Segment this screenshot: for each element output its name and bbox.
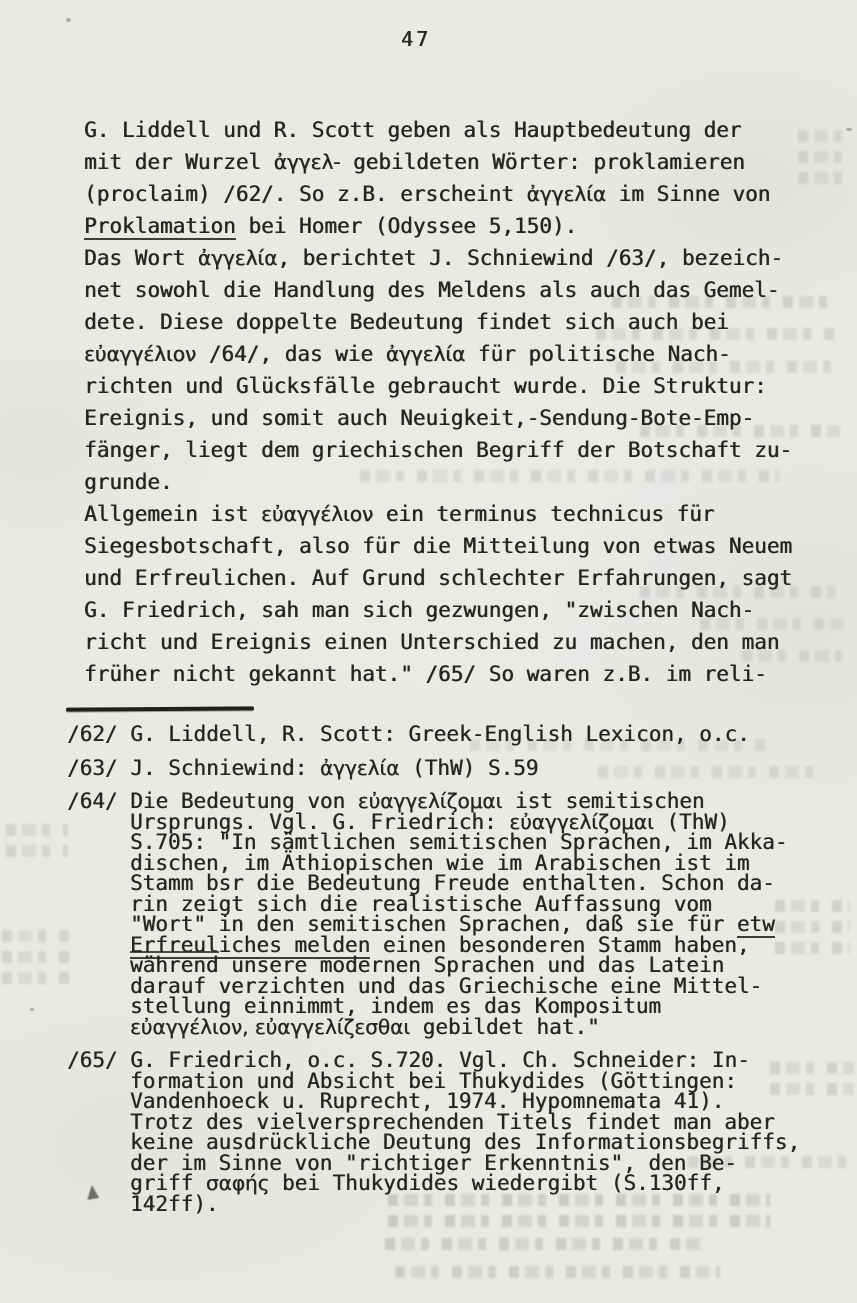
footnote-line: rin zeigt sich die realistische Auffassu…: [67, 894, 837, 915]
ink-speck: [30, 1008, 34, 1011]
footnote: /65/ G. Friedrich, o.c. S.720. Vgl. Ch. …: [67, 1050, 837, 1214]
footnote-marker: /62/: [67, 722, 130, 746]
text-line: und Erfreulichen. Auf Grund schlechter E…: [84, 562, 814, 594]
text-segment: dete. Diese doppelte Bedeutung findet si…: [84, 310, 729, 334]
greek-term: ἀγγελία: [386, 342, 465, 366]
footnote: /63/ J. Schniewind: ἀγγελία (ThW) S.59: [67, 758, 837, 779]
footnote-line: Vandenhoeck u. Ruprecht, 1974. Hypomnema…: [67, 1091, 837, 1112]
footnote-line: /62/ G. Liddell, R. Scott: Greek-English…: [67, 724, 837, 745]
text-segment: , berichtet J. Schniewind /63/, bezeich-: [277, 246, 783, 270]
ink-speck: [846, 128, 852, 131]
greek-term: ἀγγελία: [527, 182, 606, 206]
footnote-line: darauf verzichten und das Griechische ei…: [67, 976, 837, 997]
text-segment: richten und Glücksfälle gebraucht wurde.…: [84, 374, 767, 398]
text-segment: für politische Nach-: [465, 342, 731, 366]
page-sheet: 47 G. Liddell und R. Scott geben als Hau…: [0, 0, 857, 1303]
bleedthrough-mark: [6, 824, 68, 857]
footnote: /62/ G. Liddell, R. Scott: Greek-English…: [67, 724, 837, 745]
text-segment: gebildet hat.": [410, 1015, 600, 1039]
text-segment: G. Friedrich, sah man sich gezwungen, "z…: [84, 598, 754, 622]
greek-term: εὐαγγέλιον, εὐαγγελίζεσθαι: [130, 1015, 410, 1039]
footnote-separator: [66, 706, 254, 711]
bleedthrough-mark: [2, 930, 74, 984]
text-segment: net sowohl die Handlung des Meldens als …: [84, 278, 779, 302]
footnote-line: 142ff).: [67, 1194, 837, 1215]
footnote-line: dischen, im Äthiopischen wie im Arabisch…: [67, 853, 837, 874]
footnote-line: S.705: "In sämtlichen semitischen Sprach…: [67, 832, 837, 853]
ink-speck: [66, 18, 71, 22]
text-segment: und Erfreulichen. Auf Grund schlechter E…: [84, 566, 792, 590]
footnote-marker: /65/: [67, 1048, 130, 1072]
text-line: richten und Glücksfälle gebraucht wurde.…: [84, 370, 814, 402]
text-line: mit der Wurzel ἀγγελ- gebildeten Wörter:…: [84, 146, 814, 178]
text-segment: richt und Ereignis einen Unterschied zu …: [84, 630, 779, 654]
text-segment: Allgemein ist: [84, 502, 261, 526]
text-line: (proclaim) /62/. So z.B. erscheint ἀγγελ…: [84, 178, 814, 210]
text-segment: bei Thukydides wiedergibt (S.130ff,: [269, 1171, 724, 1195]
text-line: richt und Ereignis einen Unterschied zu …: [84, 626, 814, 658]
footnote-line: "Wort" in den semitischen Sprachen, daß …: [67, 914, 837, 935]
text-segment: (proclaim) /62/. So z.B. erscheint: [84, 182, 527, 206]
text-segment: G. Liddell, R. Scott: Greek-English Lexi…: [130, 722, 750, 746]
text-line: Allgemein ist εὐαγγέλιον ein terminus te…: [84, 498, 814, 530]
greek-term: εὐαγγέλιον: [261, 502, 373, 526]
text-line: εὐαγγέλιον /64/, das wie ἀγγελία für pol…: [84, 338, 814, 370]
text-segment: ein terminus technicus für: [373, 502, 714, 526]
footnotes: /62/ G. Liddell, R. Scott: Greek-English…: [67, 724, 837, 1227]
text-segment: gebildeten Wörter: proklamieren: [340, 150, 745, 174]
text-line: G. Liddell und R. Scott geben als Hauptb…: [84, 114, 814, 146]
footnote-marker: /63/: [67, 756, 130, 780]
footnote-marker: /64/: [67, 789, 130, 813]
text-line: Ereignis, und somit auch Neuigkeit,-Send…: [84, 402, 814, 434]
text-segment: mit der Wurzel: [84, 150, 274, 174]
footnote-line: Ursprungs. Vgl. G. Friedrich: εὐαγγελίζο…: [67, 812, 837, 833]
paragraph: Allgemein ist εὐαγγέλιον ein terminus te…: [84, 498, 814, 690]
text-line: Das Wort ἀγγελία, berichtet J. Schniewin…: [84, 242, 814, 274]
main-text: G. Liddell und R. Scott geben als Hauptb…: [84, 114, 814, 690]
footnote-line: /63/ J. Schniewind: ἀγγελία (ThW) S.59: [67, 758, 837, 779]
text-line: Proklamation bei Homer (Odyssee 5,150).: [84, 210, 814, 242]
footnote-line: /65/ G. Friedrich, o.c. S.720. Vgl. Ch. …: [67, 1050, 837, 1071]
text-segment: (ThW) S.59: [399, 756, 538, 780]
bleedthrough-mark: [385, 1238, 703, 1250]
text-line: früher nicht gekannt hat." /65/ So waren…: [84, 658, 814, 690]
text-segment: Siegesbotschaft, also für die Mitteilung…: [84, 534, 792, 558]
text-line: G. Friedrich, sah man sich gezwungen, "z…: [84, 594, 814, 626]
text-line: net sowohl die Handlung des Meldens als …: [84, 274, 814, 306]
greek-term: ἀγγελία: [198, 246, 277, 270]
footnote-line: Stamm bsr die Bedeutung Freude enthalten…: [67, 873, 837, 894]
page-number: 47: [401, 27, 431, 51]
text-line: dete. Diese doppelte Bedeutung findet si…: [84, 306, 814, 338]
text-segment: früher nicht gekannt hat." /65/ So waren…: [84, 662, 767, 686]
footnote-line: /64/ Die Bedeutung von εὐαγγελίζομαι ist…: [67, 791, 837, 812]
footnote-line: stellung einnimmt, indem es das Komposit…: [67, 996, 837, 1017]
text-segment: grunde.: [84, 470, 173, 494]
footnote-line: εὐαγγέλιον, εὐαγγελίζεσθαι gebildet hat.…: [67, 1017, 837, 1038]
greek-term: εὐαγγέλιον: [84, 342, 196, 366]
text-segment: bei Homer (Odyssee 5,150).: [236, 214, 577, 238]
footnote-line: Trotz des vielversprechenden Titels find…: [67, 1112, 837, 1133]
footnote-line: während unsere modernen Sprachen und das…: [67, 955, 837, 976]
footnote-line: der im Sinne von "richtiger Erkenntnis",…: [67, 1153, 837, 1174]
text-segment: J. Schniewind:: [130, 756, 320, 780]
underlined-text: Proklamation: [84, 214, 236, 240]
text-line: fänger, liegt dem griechischen Begriff d…: [84, 434, 814, 466]
text-line: grunde.: [84, 466, 814, 498]
footnote-line: griff σαφής bei Thukydides wiedergibt (S…: [67, 1173, 837, 1194]
footnote-line: formation und Absicht bei Thukydides (Gö…: [67, 1071, 837, 1092]
text-segment: 142ff).: [130, 1192, 219, 1216]
greek-term: ἀγγελ-: [274, 150, 341, 174]
paragraph: Das Wort ἀγγελία, berichtet J. Schniewin…: [84, 242, 814, 498]
text-segment: im Sinne von: [606, 182, 770, 206]
text-segment: /64/, das wie: [196, 342, 386, 366]
text-line: Siegesbotschaft, also für die Mitteilung…: [84, 530, 814, 562]
text-segment: G. Liddell und R. Scott geben als Hauptb…: [84, 118, 741, 142]
greek-term: ἀγγελία: [320, 756, 399, 780]
footnote-line: keine ausdrückliche Deutung des Informat…: [67, 1132, 837, 1153]
paragraph: G. Liddell und R. Scott geben als Hauptb…: [84, 114, 814, 242]
footnote: /64/ Die Bedeutung von εὐαγγελίζομαι ist…: [67, 791, 837, 1037]
text-segment: fänger, liegt dem griechischen Begriff d…: [84, 438, 792, 462]
bleedthrough-mark: [395, 1266, 720, 1278]
text-segment: Das Wort: [84, 246, 198, 270]
text-segment: Ereignis, und somit auch Neuigkeit,-Send…: [84, 406, 754, 430]
